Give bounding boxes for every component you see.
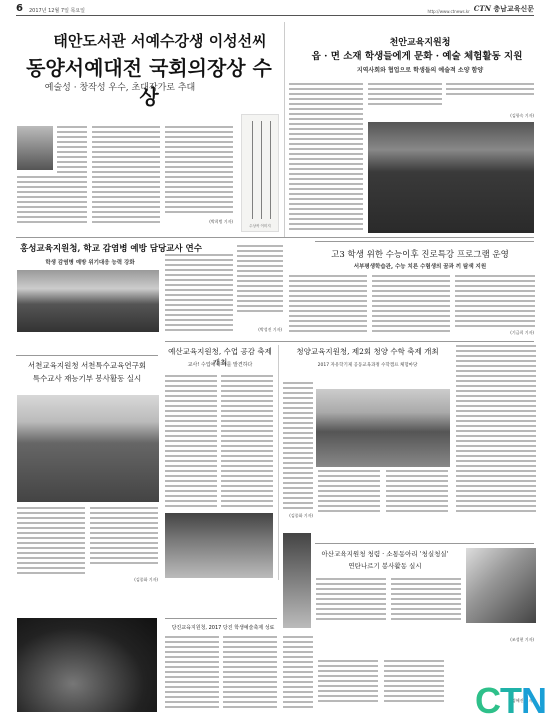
- concert-photo: [17, 618, 157, 712]
- newspaper-brand: CTN 충남교육신문: [474, 4, 534, 14]
- body-text: [165, 636, 219, 711]
- briquette-photo: [466, 548, 536, 623]
- side-photo: [283, 533, 311, 628]
- headline-line1: 아산교육지원청 청렴 · 소통동아리 '청실청실': [310, 549, 460, 558]
- body-text: [221, 375, 273, 510]
- byline: (조성현 기자): [480, 637, 534, 643]
- headline: 고3 학생 위한 수능이후 진로특강 프로그램 운영: [300, 248, 540, 260]
- calligraphy-columns: [248, 121, 274, 219]
- subhead: 학생 감염병 예방 위기대응 능력 강화: [20, 258, 160, 266]
- page-number: 6: [16, 3, 23, 14]
- column-divider: [284, 22, 285, 237]
- masthead-right: http://www.ctnews.kr CTN 충남교육신문: [427, 4, 534, 14]
- body-text: [165, 254, 233, 334]
- body-text: [283, 382, 313, 512]
- byline: (김종화 기자): [283, 513, 313, 519]
- logo-letter-c: C: [475, 680, 500, 721]
- byline: (기금희 기자): [480, 330, 534, 336]
- section-divider: [165, 618, 277, 619]
- classroom-photo: [165, 513, 273, 578]
- group-photo: [368, 122, 534, 233]
- body-text: [283, 636, 313, 711]
- body-text: [318, 660, 378, 705]
- byline: (박성진 기자): [232, 327, 282, 333]
- body-text: [17, 507, 85, 577]
- subhead: 2017 자유학기제 공동교육과정 수학캠프 체험마당: [285, 362, 450, 368]
- body-text: [165, 126, 233, 216]
- subhead: 예술성 · 창작성 우수, 초대작가로 추대: [30, 80, 210, 93]
- subhead: 서부평생학습관, 수능 치른 수험생의 꿈과 끼 탐색 지원: [300, 262, 540, 270]
- body-text: [318, 470, 380, 515]
- body-text: [289, 275, 367, 335]
- body-text: [386, 470, 448, 515]
- article-rule: [315, 241, 534, 242]
- ctn-logo: CTN: [475, 683, 546, 719]
- body-text: [90, 507, 158, 567]
- headline: 청양교육지원청, 제2회 청양 수학 축제 개최: [285, 346, 450, 357]
- calligraphy-artwork: 수상작 이미지: [241, 114, 279, 232]
- headline: 당진교육지원청, 2017 당진 학생예술축제 성료: [162, 624, 284, 631]
- calligraphy-caption: 수상작 이미지: [242, 224, 278, 229]
- body-text: [456, 345, 536, 513]
- body-text: [237, 245, 283, 315]
- body-text: [316, 578, 386, 623]
- newspaper-page: 6 2017년 12월 7일 목요일 http://www.ctnews.kr …: [0, 0, 550, 726]
- column-divider: [278, 345, 279, 580]
- headline: 홍성교육지원청, 학교 감염병 예방 담당교사 연수: [20, 242, 225, 254]
- body-text: [391, 578, 461, 623]
- headline-line1: 태안도서관 서예수강생 이성선씨: [40, 30, 280, 51]
- body-text: [57, 126, 87, 176]
- seminar-photo: [17, 270, 159, 332]
- body-text: [289, 83, 363, 233]
- body-text: [384, 660, 444, 705]
- body-text: [446, 83, 534, 95]
- section-divider: [165, 341, 534, 342]
- section-divider: [315, 543, 534, 544]
- body-text: [372, 275, 450, 335]
- body-text: [165, 375, 217, 510]
- headline-line1: 서천교육지원청 서천특수교육연구회: [16, 360, 158, 371]
- section-divider: [16, 237, 534, 238]
- body-text: [17, 176, 87, 224]
- site-url[interactable]: http://www.ctnews.kr: [427, 9, 469, 14]
- byline: (박희범 기자): [180, 219, 233, 225]
- logo-letter-n: N: [521, 680, 546, 721]
- section-divider: [16, 355, 158, 356]
- body-text: [223, 636, 277, 711]
- kicker: 천안교육지원청: [300, 35, 540, 48]
- body-text: [368, 83, 442, 105]
- subhead: 지역사회와 협업으로 학생들의 예술적 소양 함양: [300, 65, 540, 74]
- headline-line2: 연탄나르기 봉사활동 실시: [310, 561, 460, 570]
- subhead: 교사! 수업에서 나를 발견하다: [165, 361, 275, 368]
- brand-prefix: CTN: [474, 4, 491, 13]
- headline: 읍 · 면 소재 학생들에게 문화 · 예술 체험활동 지원: [292, 48, 542, 62]
- masthead-left: 6 2017년 12월 7일 목요일: [16, 3, 85, 14]
- byline: (김종화 기자): [100, 577, 158, 583]
- issue-date: 2017년 12월 7일 목요일: [29, 7, 85, 14]
- body-text: [455, 275, 535, 330]
- byline: (김항숙 기자): [480, 113, 534, 119]
- masthead: 6 2017년 12월 7일 목요일 http://www.ctnews.kr …: [16, 4, 534, 16]
- math-festival-photo: [316, 389, 450, 467]
- headline-line2: 특수교사 재능기부 봉사활동 실시: [16, 373, 158, 384]
- logo-letter-t: T: [500, 680, 521, 721]
- portrait-photo: [17, 126, 53, 170]
- volunteer-photo: [17, 395, 159, 502]
- brand-name: 충남교육신문: [493, 5, 534, 13]
- body-text: [92, 126, 160, 224]
